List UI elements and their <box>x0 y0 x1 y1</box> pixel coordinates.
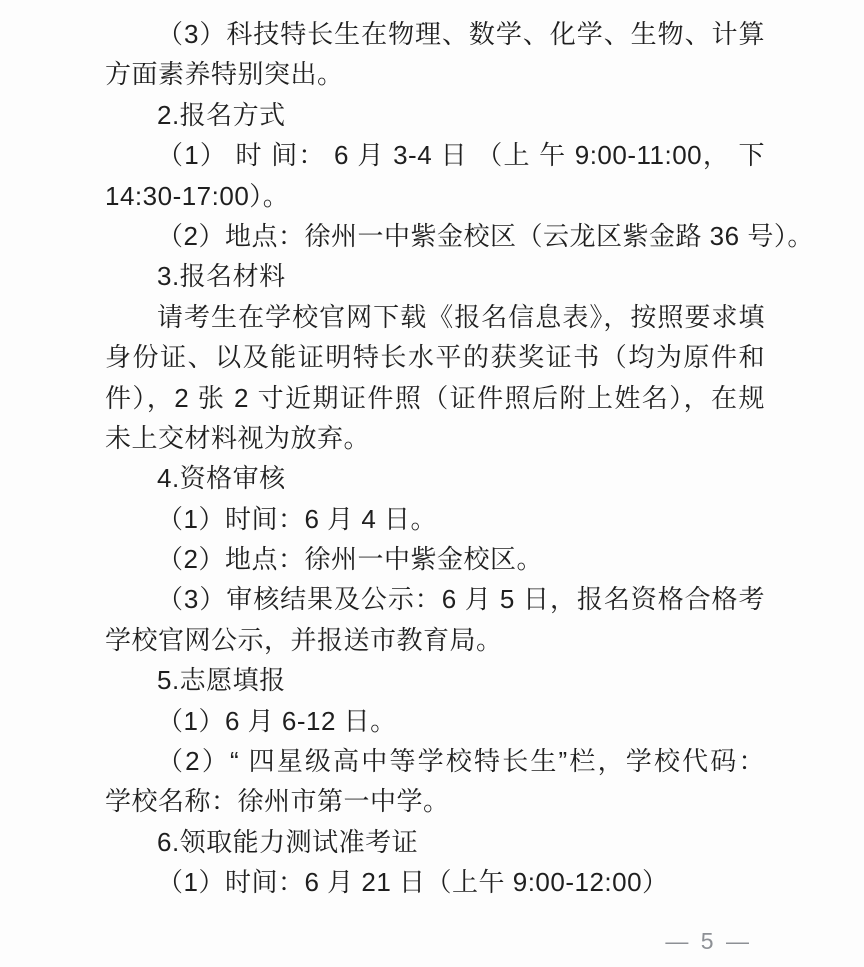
document-line: 14:30-17:00）。 <box>105 176 765 216</box>
document-line section-heading: 5.志愿填报 <box>105 660 765 700</box>
document-line: （1）6 月 6-12 日。 <box>105 701 765 741</box>
document-line: （1） 时 间： 6 月 3-4 日 （上 午 9:00-11:00， 下 午 <box>105 135 765 175</box>
document-line: （1）时间：6 月 21 日（上午 9:00-12:00） <box>105 862 765 902</box>
document-line: 学校官网公示，并报送市教育局。 <box>105 620 765 660</box>
document-line section-heading: 3.报名材料 <box>105 256 765 296</box>
document-line: 请考生在学校官网下载《报名信息表》，按照要求填写，携带 <box>105 297 765 337</box>
document-line: （2）“ 四星级高中等学校特长生”栏，学校代码：0901； <box>105 741 765 781</box>
document-line section-heading: 4.资格审核 <box>105 458 765 498</box>
document-line: （3）科技特长生在物理、数学、化学、生物、计算机等理科 <box>105 14 765 54</box>
document-line: （2）地点：徐州一中紫金校区。 <box>105 539 765 579</box>
document-line: （2）地点：徐州一中紫金校区（云龙区紫金路 36 号）。 <box>105 216 765 256</box>
document-line: 未上交材料视为放弃。 <box>105 418 765 458</box>
page-number: — 5 — <box>665 928 752 955</box>
document-line: 件），2 张 2 寸近期证件照（证件照后附上姓名），在规定时间内 <box>105 378 765 418</box>
document-page: （3）科技特长生在物理、数学、化学、生物、计算机等理科 方面素养特别突出。 2.… <box>0 0 864 967</box>
document-line: 方面素养特别突出。 <box>105 54 765 94</box>
document-line section-heading: 6.领取能力测试准考证 <box>105 822 765 862</box>
document-line section-heading: 2.报名方式 <box>105 95 765 135</box>
document-line: （1）时间：6 月 4 日。 <box>105 499 765 539</box>
document-body: （3）科技特长生在物理、数学、化学、生物、计算机等理科 方面素养特别突出。 2.… <box>105 14 765 903</box>
document-line: （3）审核结果及公示：6 月 5 日，报名资格合格考生名单在 <box>105 579 765 619</box>
document-line: 身份证、以及能证明特长水平的获奖证书（均为原件和复印 <box>105 337 765 377</box>
document-line: 学校名称：徐州市第一中学。 <box>105 781 765 821</box>
